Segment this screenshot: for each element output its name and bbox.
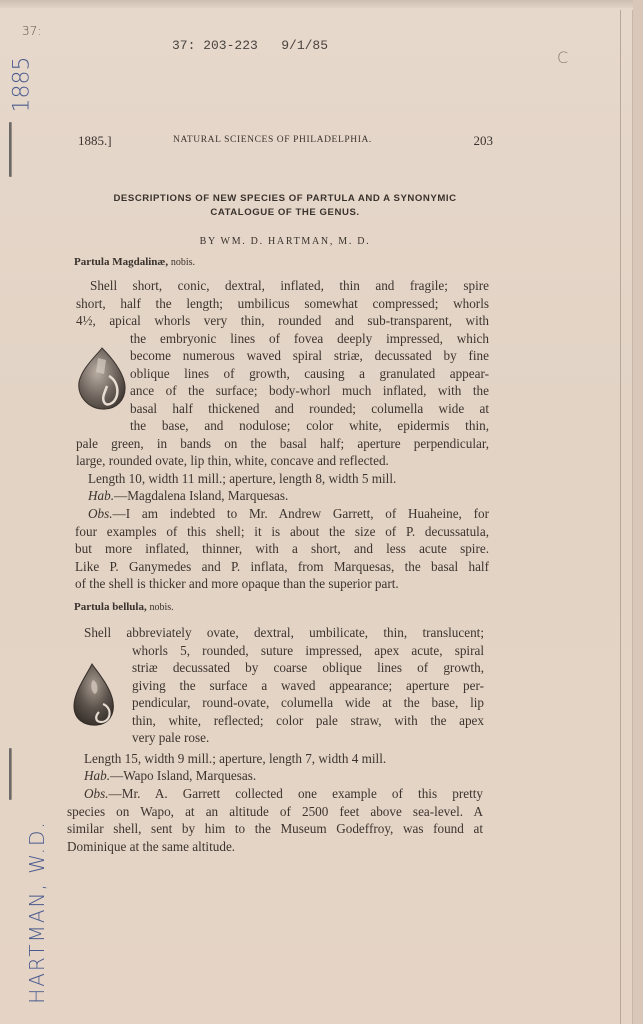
page-right-edge	[633, 0, 643, 1024]
text-line: four examples of this shell; it is about…	[75, 523, 489, 541]
article-title: DESCRIPTIONS OF NEW SPECIES OF PARTULA A…	[78, 192, 492, 220]
species-name: Partula bellula,	[74, 601, 147, 613]
hab-value: —Magdalena Island, Marquesas.	[114, 488, 288, 503]
species-measurements: Length 10, width 11 mill.; aperture, len…	[88, 470, 488, 488]
text-line: striæ decussated by coarse oblique lines…	[132, 659, 484, 677]
article-byline: BY WM. D. HARTMAN, M. D.	[78, 236, 492, 247]
text-line: become numerous waved spiral striæ, decu…	[130, 347, 489, 365]
staple-top	[9, 122, 11, 177]
text-line: the embryonic lines of fovea deeply impr…	[130, 330, 489, 348]
species-heading: Partula bellula, nobis.	[74, 601, 174, 613]
text-line: Obs.—Mr. A. Garrett collected one exampl…	[67, 785, 483, 803]
species-nobis: nobis.	[149, 602, 173, 613]
text-line: Shell abbreviately ovate, dextral, umbil…	[84, 624, 484, 642]
text-line: species on Wapo, at an altitude of 2500 …	[67, 803, 483, 821]
catalog-stamp: 37: 203-223 9/1/85	[172, 38, 328, 53]
text-line: but more inflated, thinner, with a short…	[75, 540, 489, 558]
text-line: Obs.—I am indebted to Mr. Andrew Garrett…	[75, 505, 489, 523]
running-head-journal: NATURAL SCIENCES OF PHILADELPHIA.	[173, 135, 372, 145]
margin-year-annotation: 1885	[10, 53, 35, 113]
text-line: large, rounded ovate, lip thin, white, c…	[76, 452, 489, 470]
species-description: Shell short, conic, dextral, inflated, t…	[76, 277, 489, 470]
species-description: Shell abbreviately ovate, dextral, umbil…	[84, 624, 484, 747]
text-line: basal half thickened and rounded; colume…	[130, 400, 489, 418]
species-observations: Obs.—Mr. A. Garrett collected one exampl…	[67, 785, 483, 855]
species-observations: Obs.—I am indebted to Mr. Andrew Garrett…	[75, 505, 489, 593]
species-habitat: Hab.—Wapo Island, Marquesas.	[84, 767, 484, 785]
shell-illustration-bellula	[71, 662, 117, 728]
species-name: Partula Magdalinæ,	[74, 256, 168, 268]
text-line: Dominique at the same altitude.	[67, 838, 483, 856]
document-page: 37: 1885 C HARTMAN, W.D. 37: 203-223 9/1…	[0, 0, 643, 1024]
staple-bottom	[9, 748, 11, 800]
text-line: Shell short, conic, dextral, inflated, t…	[76, 277, 489, 295]
page-fold-line	[620, 10, 621, 1024]
hab-value: —Wapo Island, Marquesas.	[110, 768, 256, 783]
shell-illustration-magdalinae	[76, 346, 128, 412]
text-line: similar shell, sent by him to the Museum…	[67, 820, 483, 838]
text-line: thin, white, reflected; color pale straw…	[132, 712, 484, 730]
obs-label: Obs.	[88, 506, 113, 521]
text-line: Like P. Ganymedes and P. inflata, from M…	[75, 558, 489, 576]
habitat-line: Hab.—Magdalena Island, Marquesas.	[88, 487, 488, 505]
species-habitat: Hab.—Magdalena Island, Marquesas.	[88, 487, 488, 505]
article-title-line: CATALOGUE OF THE GENUS.	[78, 206, 492, 220]
page-number: 203	[474, 133, 494, 149]
text-line: ance of the surface; body-whorl much inf…	[130, 382, 489, 400]
text-line: pendicular, round-ovate, columella wide …	[132, 694, 484, 712]
running-head-year: 1885.]	[78, 133, 112, 149]
species-heading: Partula Magdalinæ, nobis.	[74, 256, 195, 268]
text-line: oblique lines of growth, causing a granu…	[130, 365, 489, 383]
habitat-line: Hab.—Wapo Island, Marquesas.	[84, 767, 484, 785]
text-line: pale green, in bands on the basal half; …	[76, 435, 489, 453]
margin-author-annotation: HARTMAN, W.D.	[25, 817, 49, 1007]
text-line: short, half the length; umbilicus somewh…	[76, 295, 489, 313]
text-line: whorls 5, rounded, suture impressed, ape…	[132, 642, 484, 660]
corner-mark-annotation: C	[557, 48, 568, 67]
text-line: of the shell is thicker and more opaque …	[75, 575, 489, 593]
article-title-line: DESCRIPTIONS OF NEW SPECIES OF PARTULA A…	[78, 192, 492, 206]
text-line: 4½, apical whorls very thin, rounded and…	[76, 312, 489, 330]
measurements-line: Length 15, width 9 mill.; aperture, leng…	[84, 750, 484, 768]
text-line: giving the surface a waved appearance; a…	[132, 677, 484, 695]
page-top-edge	[0, 0, 643, 8]
text-line: very pale rose.	[132, 729, 484, 747]
measurements-line: Length 10, width 11 mill.; aperture, len…	[88, 470, 488, 488]
hab-label: Hab.	[84, 768, 110, 783]
text-line: the base, and nodulose; color white, epi…	[130, 417, 489, 435]
hab-label: Hab.	[88, 488, 114, 503]
species-nobis: nobis.	[171, 257, 195, 268]
margin-number-annotation: 37:	[22, 24, 41, 38]
obs-label: Obs.	[84, 786, 109, 801]
species-measurements: Length 15, width 9 mill.; aperture, leng…	[84, 750, 484, 768]
